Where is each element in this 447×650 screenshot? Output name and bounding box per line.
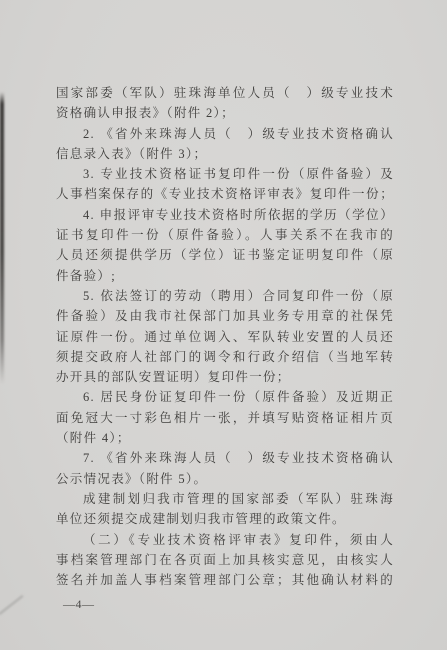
text-line: （二）《专业技术资格评审表》复印件，须由人 [56, 530, 394, 550]
text-line: 信息录入表》（附件 3）； [56, 144, 394, 164]
text-line: （附件 4）； [56, 428, 394, 448]
scan-edge-artifact [0, 92, 4, 384]
text-line: 3. 专业技术资格证书复印件一份（原件备验）及 [56, 164, 394, 184]
text-line: 证原件一份。通过单位调入、军队转业安置的人员还 [56, 327, 394, 347]
text-line: 单位还须提交成建制划归我市管理的政策文件。 [56, 509, 394, 529]
text-line: 件备验）; [56, 266, 394, 286]
text-line: 公示情况表》（附件 5）。 [56, 469, 394, 489]
text-line: 国家部委（军队）驻珠海单位人员（ ）级专业技术 [56, 83, 394, 103]
text-line: 成建制划归我市管理的国家部委（军队）驻珠海 [56, 489, 394, 509]
text-line: 面免冠大一寸彩色相片一张，并填写贴资格证相片页 [56, 408, 394, 428]
text-line: 人员还须提供学历（学位）证书鉴定证明复印件（原 [56, 245, 394, 265]
text-line: 证书复印件一份（原件备验）。人事关系不在我市的 [56, 225, 394, 245]
scanned-document-page: 国家部委（军队）驻珠海单位人员（ ）级专业技术 资格确认申报表》（附件 2）； … [0, 0, 447, 650]
text-line: 办开具的部队安置证明）复印件一份； [56, 367, 394, 387]
text-line: 须提交政府人社部门的调令和行政介绍信（当地军转 [56, 347, 394, 367]
document-body: 国家部委（军队）驻珠海单位人员（ ）级专业技术 资格确认申报表》（附件 2）； … [56, 83, 394, 590]
text-line: 5. 依法签订的劳动（聘用）合同复印件一份（原 [56, 286, 394, 306]
text-line: 签名并加盖人事档案管理部门公章；其他确认材料的 [56, 570, 394, 590]
text-line: 7. 《省外来珠海人员（ ）级专业技术资格确认 [56, 448, 394, 468]
text-line: 2. 《省外来珠海人员（ ）级专业技术资格确认 [56, 124, 394, 144]
text-line: 6. 居民身份证复印件一份（原件备验）及近期正 [56, 387, 394, 407]
text-line: 件备验）及由我市社保部门加具业务专用章的社保凭 [56, 306, 394, 326]
page-number: —4— [63, 596, 95, 612]
text-line: 4. 申报评审专业技术资格时所依据的学历（学位） [56, 205, 394, 225]
text-line: 事档案管理部门在各页面上加具核实意见，由核实人 [56, 550, 394, 570]
text-line: 人事档案保存的《专业技术资格评审表》复印件一份； [56, 184, 394, 204]
scan-smudge-artifact [0, 595, 23, 615]
text-line: 资格确认申报表》（附件 2）； [56, 103, 394, 123]
